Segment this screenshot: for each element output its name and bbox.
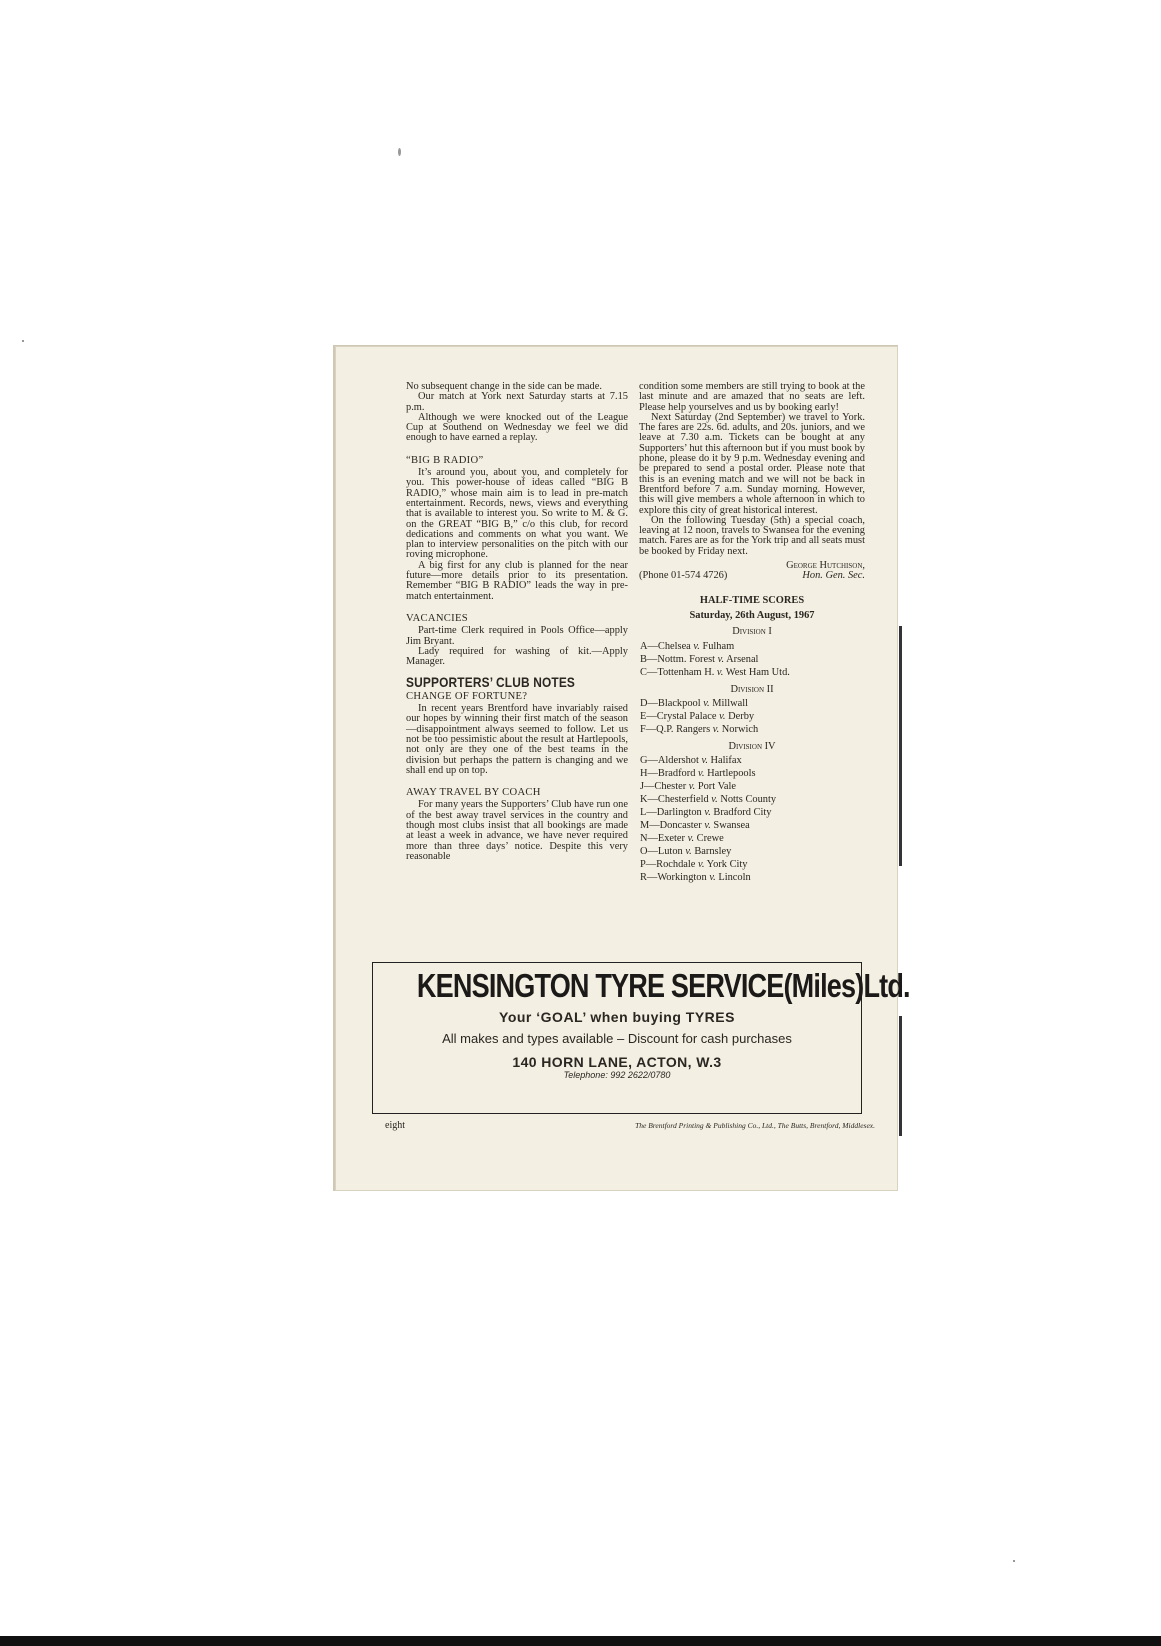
advert-title: KENSINGTON TYRE SERVICE(Miles)Ltd. [417,967,817,1005]
vacancies-heading: VACANCIES [406,614,628,624]
vacancy-item: Part-time Clerk required in Pools Office… [406,626,628,647]
scan-speck [1013,1560,1015,1562]
fixture-row: H—Bradford v. Hartlepools [639,767,865,780]
intro-paragraph: Our match at York next Saturday starts a… [406,392,628,413]
fixture-row: N—Exeter v. Crewe [639,832,865,845]
advert-address: 140 HORN LANE, ACTON, W.3 [373,1054,861,1070]
division-heading: Division IV [639,742,865,752]
intro-paragraph: Although we were knocked out of the Leag… [406,413,628,444]
advert-tagline: Your ‘GOAL’ when buying TYRES [373,1009,861,1025]
division-heading: Division I [639,627,865,637]
fortune-heading: CHANGE OF FORTUNE? [406,692,628,702]
printer-credit: The Brentford Printing & Publishing Co.,… [635,1121,875,1130]
radio-paragraph: A big first for any club is planned for … [406,561,628,602]
page-edge-shadow [899,626,902,866]
travel-heading: AWAY TRAVEL BY COACH [406,788,628,798]
advert-telephone: Telephone: 992 2622/0780 [373,1070,861,1080]
travel-paragraph: For many years the Supporters’ Club have… [406,800,628,862]
scan-speck [22,340,24,342]
fixture-row: E—Crystal Palace v. Derby [639,710,865,723]
fortune-paragraph: In recent years Brentford have invariabl… [406,704,628,776]
fixture-row: L—Darlington v. Bradford City [639,806,865,819]
fixture-row: D—Blackpool v. Millwall [639,697,865,710]
fixture-row: K—Chesterfield v. Notts County [639,793,865,806]
continued-paragraph: condition some members are still trying … [639,382,865,413]
signature-phone: (Phone 01-574 4726) [639,571,727,581]
signature-title: Hon. Gen. Sec. [802,571,865,581]
supporters-club-heading: SUPPORTERS’ CLUB NOTES [406,677,595,687]
advert-line: All makes and types available – Discount… [373,1031,861,1046]
halftime-divisions: Division IA—Chelsea v. FulhamB—Nottm. Fo… [639,627,865,884]
fixture-row: B—Nottm. Forest v. Arsenal [639,653,865,666]
halftime-title: HALF-TIME SCORES [639,596,865,606]
fixture-row: J—Chester v. Port Vale [639,780,865,793]
division-heading: Division II [639,685,865,695]
fixture-row: M—Doncaster v. Swansea [639,819,865,832]
fixture-row: C—Tottenham H. v. West Ham Utd. [639,666,865,679]
fixture-row: R—Workington v. Lincoln [639,871,865,884]
fixture-row: P—Rochdale v. York City [639,858,865,871]
vacancy-item: Lady required for washing of kit.—Apply … [406,647,628,668]
radio-paragraph: It’s around you, about you, and complete… [406,468,628,561]
programme-page: No subsequent change in the side can be … [333,345,898,1191]
left-column: No subsequent change in the side can be … [406,382,628,862]
scan-speck [398,148,401,156]
halftime-date: Saturday, 26th August, 1967 [639,611,865,621]
fixture-row: A—Chelsea v. Fulham [639,640,865,653]
fixture-row: F—Q.P. Rangers v. Norwich [639,723,865,736]
right-column: condition some members are still trying … [639,382,865,884]
page-footer: eight The Brentford Printing & Publishin… [385,1120,875,1131]
scan-bottom-bar [0,1636,1161,1646]
fixture-row: G—Aldershot v. Halifax [639,754,865,767]
page-edge-shadow [899,1016,902,1136]
radio-heading: “BIG B RADIO” [406,456,628,466]
fixture-row: O—Luton v. Barnsley [639,845,865,858]
page-number: eight [385,1120,405,1131]
york-trip-paragraph: Next Saturday (2nd September) we travel … [639,413,865,516]
signature-line: (Phone 01-574 4726) Hon. Gen. Sec. [639,571,865,581]
tyre-service-advert: KENSINGTON TYRE SERVICE(Miles)Ltd. Your … [372,962,862,1114]
swansea-trip-paragraph: On the following Tuesday (5th) a special… [639,516,865,557]
